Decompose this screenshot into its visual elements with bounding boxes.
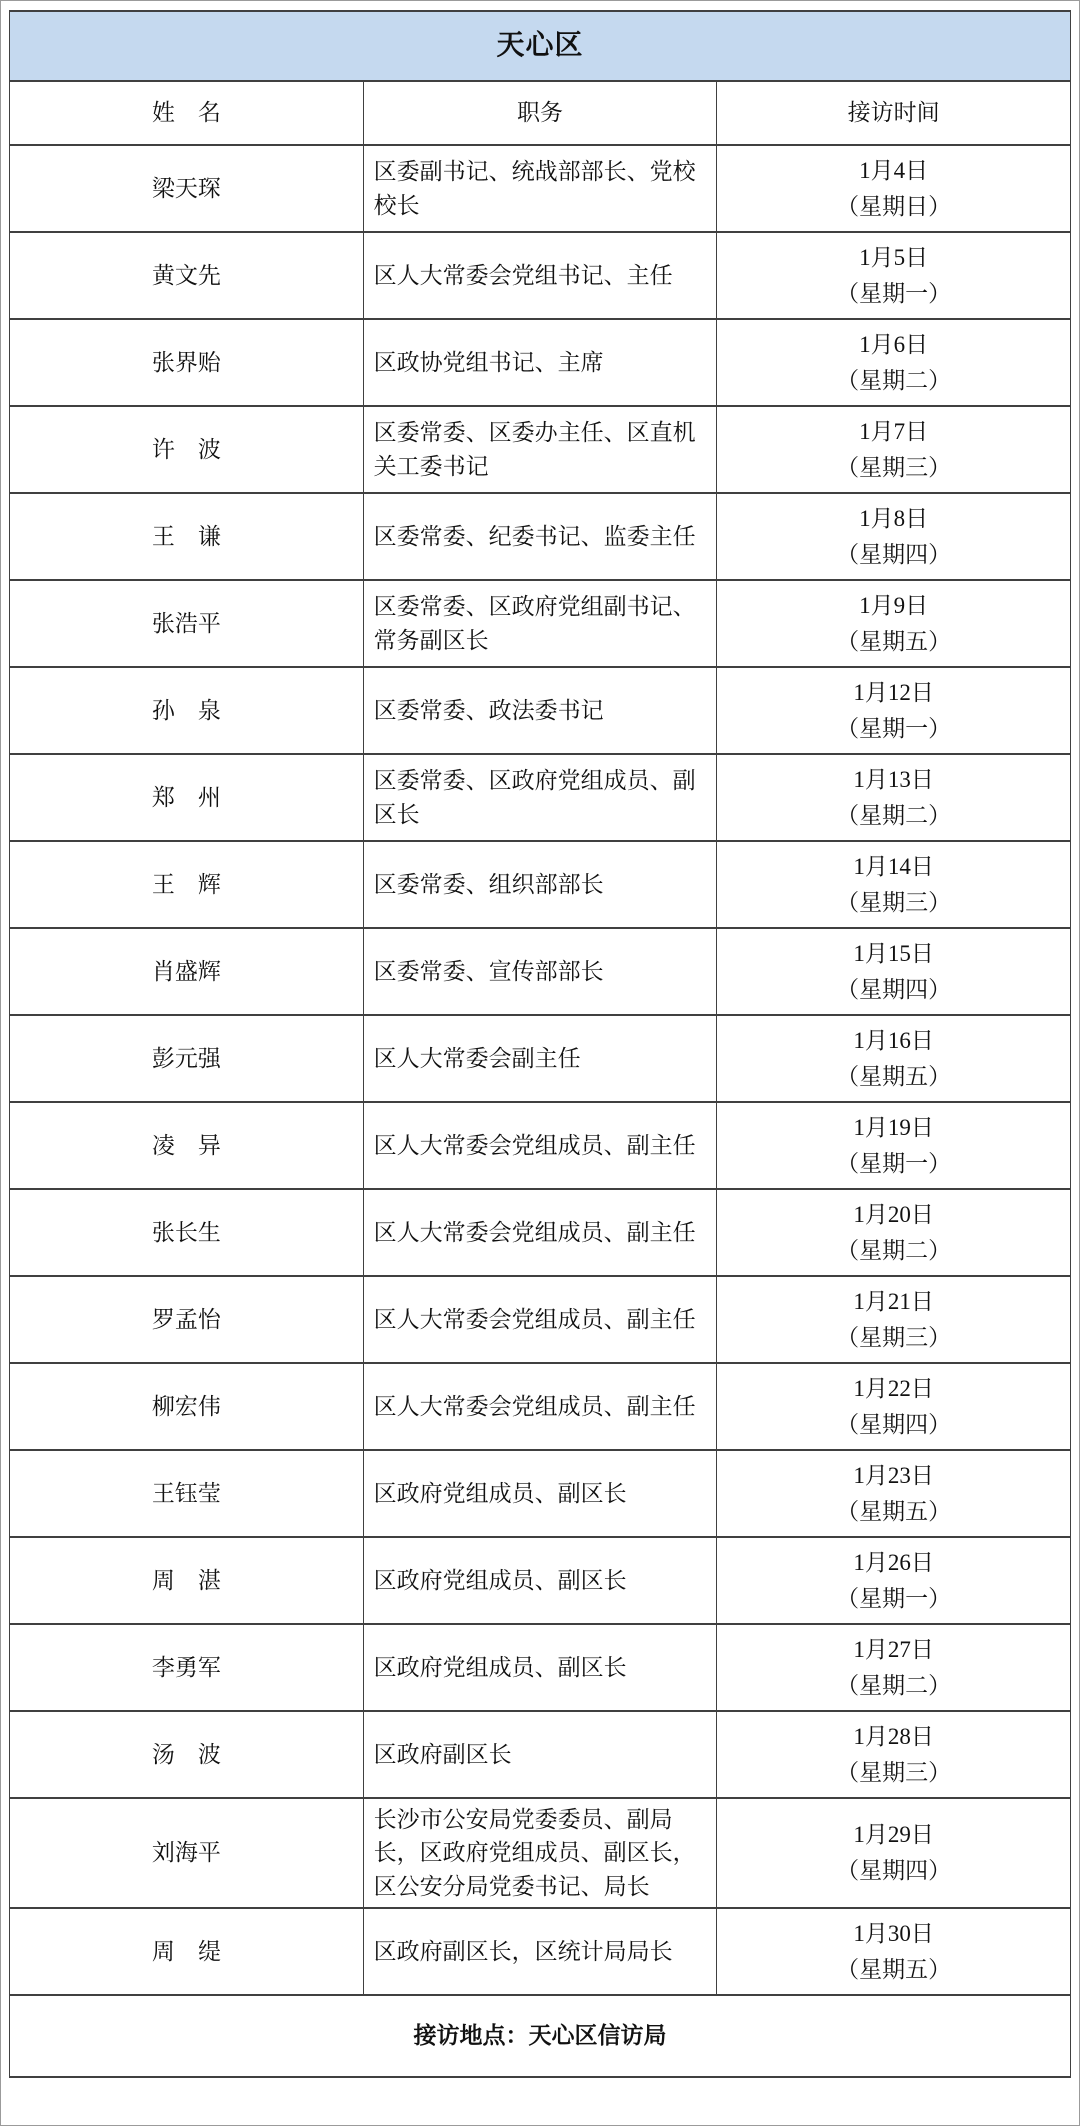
- table-row: 许 波区委常委、区委办主任、区直机关工委书记1月7日（星期三）: [10, 406, 1071, 493]
- table-row: 彭元强区人大常委会副主任1月16日（星期五）: [10, 1015, 1071, 1102]
- table-header-row: 姓 名 职务 接访时间: [10, 81, 1071, 145]
- official-name: 周 缇: [10, 1908, 364, 1995]
- visit-date: 1月30日: [719, 1916, 1068, 1952]
- visit-date-cell: 1月30日（星期五）: [717, 1908, 1071, 1995]
- official-position: 区人大常委会党组成员、副主任: [363, 1276, 717, 1363]
- official-name: 孙 泉: [10, 667, 364, 754]
- visit-weekday: （星期一）: [719, 711, 1068, 747]
- visit-date-cell: 1月5日（星期一）: [717, 232, 1071, 319]
- official-name: 郑 州: [10, 754, 364, 841]
- visit-weekday: （星期一）: [719, 1146, 1068, 1182]
- visit-date-cell: 1月20日（星期二）: [717, 1189, 1071, 1276]
- official-position: 区委常委、区政府党组副书记、常务副区长: [363, 580, 717, 667]
- official-name: 许 波: [10, 406, 364, 493]
- visit-weekday: （星期二）: [719, 798, 1068, 834]
- visit-weekday: （星期二）: [719, 1668, 1068, 1704]
- visit-date: 1月7日: [719, 414, 1068, 450]
- table-row: 黄文先区人大常委会党组书记、主任1月5日（星期一）: [10, 232, 1071, 319]
- official-name: 王钰莹: [10, 1450, 364, 1537]
- official-position: 区政府党组成员、副区长: [363, 1624, 717, 1711]
- official-name: 柳宏伟: [10, 1363, 364, 1450]
- official-position: 区政府党组成员、副区长: [363, 1450, 717, 1537]
- table-row: 李勇军区政府党组成员、副区长1月27日（星期二）: [10, 1624, 1071, 1711]
- table-row: 刘海平长沙市公安局党委委员、副局长，区政府党组成员、副区长，区公安分局党委书记、…: [10, 1798, 1071, 1908]
- visit-weekday: （星期四）: [719, 537, 1068, 573]
- visit-weekday: （星期三）: [719, 1755, 1068, 1791]
- table-row: 罗孟怡区人大常委会党组成员、副主任1月21日（星期三）: [10, 1276, 1071, 1363]
- official-position: 区人大常委会党组成员、副主任: [363, 1102, 717, 1189]
- table-row: 王 辉区委常委、组织部部长1月14日（星期三）: [10, 841, 1071, 928]
- visit-weekday: （星期四）: [719, 1853, 1068, 1889]
- table-body: 梁天琛区委副书记、统战部部长、党校校长1月4日（星期日）黄文先区人大常委会党组书…: [10, 145, 1071, 1995]
- official-name: 王 辉: [10, 841, 364, 928]
- visit-weekday: （星期二）: [719, 363, 1068, 399]
- district-title: 天心区: [10, 11, 1071, 81]
- visit-date: 1月12日: [719, 675, 1068, 711]
- visit-date-cell: 1月22日（星期四）: [717, 1363, 1071, 1450]
- column-header-name: 姓 名: [10, 81, 364, 145]
- visit-weekday: （星期五）: [719, 1494, 1068, 1530]
- visit-date: 1月29日: [719, 1817, 1068, 1853]
- table-row: 王钰莹区政府党组成员、副区长1月23日（星期五）: [10, 1450, 1071, 1537]
- visit-weekday: （星期一）: [719, 276, 1068, 312]
- official-name: 周 湛: [10, 1537, 364, 1624]
- official-position: 区人大常委会党组成员、副主任: [363, 1189, 717, 1276]
- official-position: 区委常委、区委办主任、区直机关工委书记: [363, 406, 717, 493]
- table-row: 周 湛区政府党组成员、副区长1月26日（星期一）: [10, 1537, 1071, 1624]
- visit-location: 接访地点：天心区信访局: [10, 1995, 1071, 2077]
- visit-date: 1月14日: [719, 849, 1068, 885]
- visit-date: 1月27日: [719, 1632, 1068, 1668]
- document-page: 天心区 姓 名 职务 接访时间 梁天琛区委副书记、统战部部长、党校校长1月4日（…: [0, 0, 1080, 2126]
- official-position: 区政府副区长，区统计局局长: [363, 1908, 717, 1995]
- visit-date: 1月8日: [719, 501, 1068, 537]
- visit-date-cell: 1月19日（星期一）: [717, 1102, 1071, 1189]
- visit-date: 1月5日: [719, 240, 1068, 276]
- official-name: 张界贻: [10, 319, 364, 406]
- visit-date-cell: 1月23日（星期五）: [717, 1450, 1071, 1537]
- table-row: 张界贻区政协党组书记、主席1月6日（星期二）: [10, 319, 1071, 406]
- visit-date-cell: 1月14日（星期三）: [717, 841, 1071, 928]
- visit-weekday: （星期日）: [719, 189, 1068, 225]
- visit-date-cell: 1月15日（星期四）: [717, 928, 1071, 1015]
- visit-date-cell: 1月26日（星期一）: [717, 1537, 1071, 1624]
- visit-date: 1月6日: [719, 327, 1068, 363]
- visit-date-cell: 1月21日（星期三）: [717, 1276, 1071, 1363]
- table-row: 凌 异区人大常委会党组成员、副主任1月19日（星期一）: [10, 1102, 1071, 1189]
- visit-date: 1月26日: [719, 1545, 1068, 1581]
- visit-date: 1月15日: [719, 936, 1068, 972]
- column-header-position: 职务: [363, 81, 717, 145]
- visit-date: 1月20日: [719, 1197, 1068, 1233]
- visit-date: 1月4日: [719, 153, 1068, 189]
- official-name: 凌 异: [10, 1102, 364, 1189]
- visit-weekday: （星期三）: [719, 450, 1068, 486]
- visit-weekday: （星期三）: [719, 1320, 1068, 1356]
- visit-weekday: （星期二）: [719, 1233, 1068, 1269]
- visit-date-cell: 1月28日（星期三）: [717, 1711, 1071, 1798]
- visit-date-cell: 1月8日（星期四）: [717, 493, 1071, 580]
- visit-date-cell: 1月12日（星期一）: [717, 667, 1071, 754]
- official-position: 区委常委、纪委书记、监委主任: [363, 493, 717, 580]
- official-name: 汤 波: [10, 1711, 364, 1798]
- visit-weekday: （星期五）: [719, 624, 1068, 660]
- visit-weekday: （星期四）: [719, 972, 1068, 1008]
- visit-date: 1月19日: [719, 1110, 1068, 1146]
- visit-date-cell: 1月27日（星期二）: [717, 1624, 1071, 1711]
- table-row: 梁天琛区委副书记、统战部部长、党校校长1月4日（星期日）: [10, 145, 1071, 232]
- visit-date-cell: 1月7日（星期三）: [717, 406, 1071, 493]
- official-position: 区委常委、区政府党组成员、副区长: [363, 754, 717, 841]
- official-position: 区委常委、宣传部部长: [363, 928, 717, 1015]
- official-name: 张长生: [10, 1189, 364, 1276]
- visit-date-cell: 1月29日（星期四）: [717, 1798, 1071, 1908]
- table-row: 肖盛辉区委常委、宣传部部长1月15日（星期四）: [10, 928, 1071, 1015]
- visit-date: 1月22日: [719, 1371, 1068, 1407]
- official-name: 梁天琛: [10, 145, 364, 232]
- official-position: 区人大常委会副主任: [363, 1015, 717, 1102]
- visit-weekday: （星期五）: [719, 1059, 1068, 1095]
- official-position: 区委副书记、统战部部长、党校校长: [363, 145, 717, 232]
- official-position: 区政协党组书记、主席: [363, 319, 717, 406]
- official-position: 长沙市公安局党委委员、副局长，区政府党组成员、副区长，区公安分局党委书记、局长: [363, 1798, 717, 1908]
- schedule-table: 天心区 姓 名 职务 接访时间 梁天琛区委副书记、统战部部长、党校校长1月4日（…: [9, 10, 1071, 2078]
- official-name: 刘海平: [10, 1798, 364, 1908]
- official-position: 区委常委、政法委书记: [363, 667, 717, 754]
- official-name: 罗孟怡: [10, 1276, 364, 1363]
- table-row: 张长生区人大常委会党组成员、副主任1月20日（星期二）: [10, 1189, 1071, 1276]
- table-row: 张浩平区委常委、区政府党组副书记、常务副区长1月9日（星期五）: [10, 580, 1071, 667]
- visit-date-cell: 1月13日（星期二）: [717, 754, 1071, 841]
- column-header-visit-time: 接访时间: [717, 81, 1071, 145]
- visit-date-cell: 1月9日（星期五）: [717, 580, 1071, 667]
- visit-weekday: （星期四）: [719, 1407, 1068, 1443]
- official-position: 区人大常委会党组书记、主任: [363, 232, 717, 319]
- official-name: 张浩平: [10, 580, 364, 667]
- visit-date: 1月21日: [719, 1284, 1068, 1320]
- visit-weekday: （星期一）: [719, 1581, 1068, 1617]
- official-name: 李勇军: [10, 1624, 364, 1711]
- official-name: 彭元强: [10, 1015, 364, 1102]
- visit-date-cell: 1月16日（星期五）: [717, 1015, 1071, 1102]
- table-title-row: 天心区: [10, 11, 1071, 81]
- visit-date: 1月16日: [719, 1023, 1068, 1059]
- official-position: 区政府党组成员、副区长: [363, 1537, 717, 1624]
- visit-weekday: （星期五）: [719, 1952, 1068, 1988]
- table-row: 柳宏伟区人大常委会党组成员、副主任1月22日（星期四）: [10, 1363, 1071, 1450]
- table-row: 周 缇区政府副区长，区统计局局长1月30日（星期五）: [10, 1908, 1071, 1995]
- official-name: 肖盛辉: [10, 928, 364, 1015]
- table-footer-row: 接访地点：天心区信访局: [10, 1995, 1071, 2077]
- visit-weekday: （星期三）: [719, 885, 1068, 921]
- table-row: 汤 波区政府副区长1月28日（星期三）: [10, 1711, 1071, 1798]
- table-row: 王 谦区委常委、纪委书记、监委主任1月8日（星期四）: [10, 493, 1071, 580]
- visit-date: 1月28日: [719, 1719, 1068, 1755]
- official-name: 王 谦: [10, 493, 364, 580]
- visit-date-cell: 1月6日（星期二）: [717, 319, 1071, 406]
- table-row: 郑 州区委常委、区政府党组成员、副区长1月13日（星期二）: [10, 754, 1071, 841]
- table-row: 孙 泉区委常委、政法委书记1月12日（星期一）: [10, 667, 1071, 754]
- visit-date: 1月9日: [719, 588, 1068, 624]
- official-position: 区委常委、组织部部长: [363, 841, 717, 928]
- visit-date: 1月13日: [719, 762, 1068, 798]
- visit-date: 1月23日: [719, 1458, 1068, 1494]
- visit-date-cell: 1月4日（星期日）: [717, 145, 1071, 232]
- official-position: 区政府副区长: [363, 1711, 717, 1798]
- official-position: 区人大常委会党组成员、副主任: [363, 1363, 717, 1450]
- official-name: 黄文先: [10, 232, 364, 319]
